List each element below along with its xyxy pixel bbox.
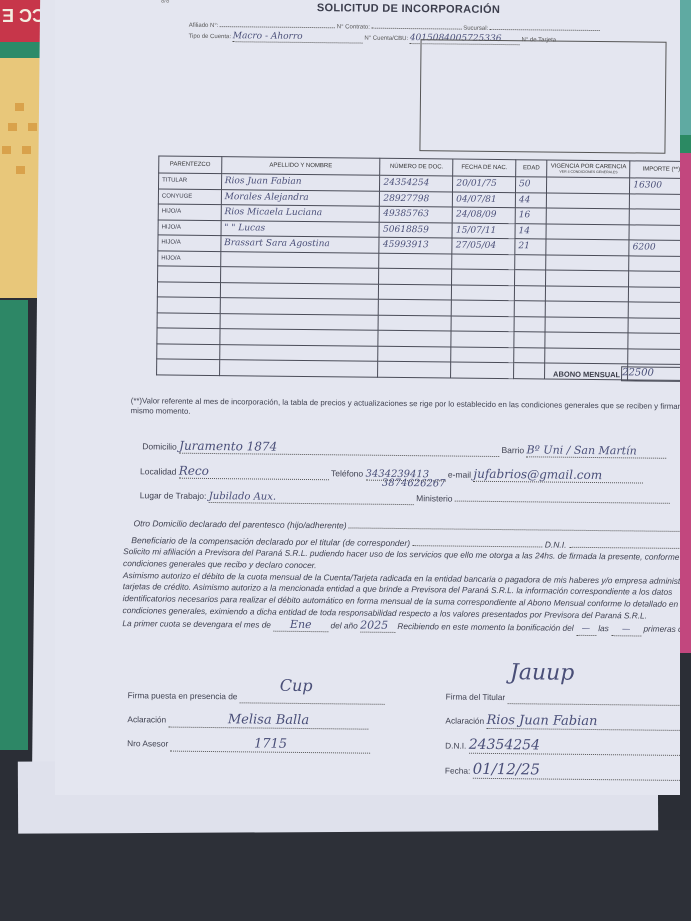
cell-vigencia[interactable] [545,317,628,333]
cell-nombre[interactable] [220,298,379,315]
cell-vigencia[interactable] [546,301,629,317]
cell-nac[interactable]: 20/01/75 [453,176,516,192]
cell-doc[interactable] [379,299,452,315]
cell-nac[interactable] [451,316,514,332]
document-sheet: 8/8 SOLICITUD DE INCORPORACIÓN Afiliado … [55,0,680,795]
cell-vigencia[interactable] [547,177,630,193]
cell-vigencia[interactable] [546,224,629,240]
cell-parentezco: CONYUGE [158,188,221,204]
cell-doc[interactable] [379,253,452,269]
cell-parentezco [157,281,220,297]
cell-nac[interactable]: 24/08/09 [452,207,515,223]
trabajo-label: Lugar de Trabajo: [140,490,207,501]
trabajo-field[interactable]: Jubilado Aux. [209,491,414,505]
presencia-row: Firma puesta en presencia de (firma) [128,688,385,705]
asesor-label: Nro Asesor [127,738,168,748]
cell-nombre[interactable] [220,251,379,268]
col-nombre: APELLIDO Y NOMBRE [221,157,380,176]
titular-signature-mark: Jauup [510,660,575,686]
cell-edad[interactable] [514,363,546,379]
cell-parentezco: HIJO/A [158,235,221,251]
beneficiario-dni-label: D.N.I. [545,540,567,550]
cell-nombre[interactable]: Rios Micaela Luciana [221,205,380,222]
beneficiario-dni-field[interactable] [569,547,679,549]
bonificacion-label: Recibiendo en este momento la bonificaci… [397,621,573,633]
cell-nac[interactable]: 04/07/81 [453,192,516,208]
members-table: PARENTEZCO APELLIDO Y NOMBRE NÚMERO DE D… [156,155,691,380]
vigencia-subtitle: VER 4 CONDICIONES GENERALES [551,170,627,175]
aclaracion-row: Aclaración Melisa Balla [127,711,368,730]
cell-nac[interactable] [451,300,514,316]
email-label: e-mail [448,469,471,479]
background-poster-green [0,300,28,750]
form-page: 8/8 SOLICITUD DE INCORPORACIÓN Afiliado … [109,0,691,794]
photo-box [419,39,666,154]
email-field[interactable]: jufabrios@gmail.com [473,467,643,484]
sucursal-label: Sucursal: [463,26,488,32]
otro-domicilio-label: Otro Domicilio declarado del parentesco … [133,518,346,530]
cell-nombre[interactable]: Rios Juan Fabian [221,174,380,191]
cell-edad[interactable]: 44 [515,192,547,208]
cell-edad[interactable] [514,347,546,363]
footnote: (**)Valor referente al mes de incorporac… [131,396,691,422]
cell-nombre[interactable] [220,329,379,346]
cell-vigencia[interactable] [547,208,630,224]
cell-vigencia[interactable] [546,286,629,302]
cell-vigencia[interactable] [547,193,630,209]
cell-nac[interactable] [452,269,515,285]
presencia-label: Firma puesta en presencia de [128,690,238,701]
fecha-row: Fecha: 01/12/25 [445,759,688,781]
cell-edad[interactable] [514,285,546,301]
asesor-field[interactable]: 1715 [170,736,370,754]
cell-edad[interactable] [514,301,546,317]
domicilio-row: Domicilio Juramento 1874 Barrio Bº Uni /… [142,438,666,458]
page-number: 8/8 [161,0,169,5]
cuotas-count-field[interactable]: — [611,623,641,636]
barrio-label: Barrio [501,445,524,455]
cell-nombre[interactable] [220,313,379,330]
cell-parentezco: HIJO/A [158,219,221,235]
cell-edad[interactable] [514,316,546,332]
cell-parentezco [158,266,221,282]
cell-nac[interactable]: 15/07/11 [452,223,515,239]
cell-edad[interactable]: 16 [515,208,547,224]
cell-nombre[interactable]: Brassart Sara Agostina [221,236,380,253]
cell-doc[interactable]: 28927798 [380,191,453,207]
cell-parentezco: HIJO/A [158,250,221,266]
otro-domicilio-field[interactable] [349,527,684,532]
col-parentezco: PARENTEZCO [159,156,222,174]
terms-paragraph: Solicito mi afiliación a Previsora del P… [122,546,691,637]
cell-nac[interactable] [451,362,514,378]
col-edad: EDAD [516,160,548,177]
cell-parentezco [157,359,220,375]
col-vigencia: VIGENCIA POR CARENCIAVER 4 CONDICIONES G… [547,160,630,178]
cell-edad[interactable] [514,332,546,348]
domicilio-field[interactable]: Juramento 1874 [179,439,499,457]
aclaracion-titular-label: Aclaración [445,715,484,725]
cell-nombre[interactable]: " " Lucas [221,220,380,237]
presencia-signature-mark: Cup [280,676,313,695]
cell-nombre[interactable]: Morales Alejandra [221,189,380,206]
col-doc: NÚMERO DE DOC. [380,158,453,176]
cell-edad[interactable]: 50 [515,177,547,193]
domicilio-label: Domicilio [142,441,177,451]
tipo-cuenta-label: Tipo de Cuenta: [189,34,232,40]
cell-nac[interactable] [451,347,514,363]
cbu-label: N° Cuenta/CBU: [364,36,408,42]
cell-parentezco: HIJO/A [158,204,221,220]
cell-nac[interactable] [451,331,514,347]
localidad-field[interactable]: Reco [179,464,329,481]
cuota-anio-field[interactable]: 2025 [360,619,395,632]
fecha-field[interactable]: 01/12/25 [473,760,688,781]
abono-label: ABONO MENSUAL [553,370,620,380]
cell-vigencia[interactable] [546,270,629,286]
dni-titular-field[interactable]: 24354254 [469,737,691,756]
cell-vigencia[interactable] [545,332,628,348]
cell-doc[interactable]: 49385763 [380,206,453,222]
las-label: las [598,623,609,633]
cell-doc[interactable] [379,315,452,331]
cell-edad[interactable] [515,254,547,270]
trabajo-row: Lugar de Trabajo: Jubilado Aux. Minister… [140,490,670,508]
fecha-label: Fecha: [445,765,470,775]
aclaracion-field[interactable]: Melisa Balla [168,712,368,730]
col-nacimiento: FECHA DE NAC. [453,159,516,177]
titular-signature-label: Firma del Titular [446,691,506,702]
telefono-label: Teléfono [331,468,363,478]
cell-doc[interactable]: 50618859 [379,222,452,238]
cell-doc[interactable]: 24354254 [380,175,453,191]
cell-parentezco [157,343,220,359]
cuota-anio-label: del año [331,620,358,630]
cell-vigencia[interactable] [546,255,629,271]
contrato-label: N° Contrato: [337,24,370,30]
cell-nac[interactable] [452,285,515,301]
cell-parentezco: TITULAR [159,173,222,189]
cell-doc[interactable] [378,346,451,362]
bonificacion-field[interactable]: — [576,623,596,636]
cell-edad[interactable]: 14 [515,223,547,239]
cell-vigencia[interactable] [545,348,628,364]
aclaracion-titular-field[interactable]: Rios Juan Fabian [486,713,686,731]
cell-doc[interactable] [378,361,451,377]
dni-titular-label: D.N.I. [445,740,466,750]
cell-nac[interactable] [452,254,515,270]
tipo-cuenta-field[interactable]: Macro - Ahorro [233,31,363,43]
otro-domicilio-row: Otro Domicilio declarado del parentesco … [133,518,684,534]
ministerio-field[interactable] [455,501,670,504]
asesor-row: Nro Asesor 1715 [127,735,371,754]
cell-doc[interactable] [379,284,452,300]
cell-nombre[interactable] [219,360,378,377]
form-title: SOLICITUD DE INCORPORACIÓN [317,2,500,16]
barrio-field[interactable]: Bº Uni / San Martín [527,443,667,458]
cell-vigencia[interactable] [546,239,629,255]
ministerio-label: Ministerio [416,493,452,503]
titular-signature-row: Firma del Titular (firma) [446,689,691,706]
cell-doc[interactable] [378,330,451,346]
cell-nac[interactable]: 27/05/04 [452,238,515,254]
aclaracion-titular-row: Aclaración Rios Juan Fabian [445,712,686,731]
abono-field[interactable]: 22500 [621,366,683,382]
beneficiario-field[interactable] [412,545,542,547]
cell-nombre[interactable] [220,282,379,299]
cuota-mes-field[interactable]: Ene [273,618,328,631]
terms-debit-authorization: Asimismo autorizo el débito de la cuota … [123,570,691,623]
cell-nombre[interactable] [219,344,378,361]
cell-nombre[interactable] [220,267,379,284]
afiliado-label: Afiliado N°: [189,23,219,29]
cell-edad[interactable] [515,270,547,286]
aclaracion-label: Aclaración [127,714,166,724]
titular-signature-field[interactable]: (firma) [507,690,691,706]
cell-edad[interactable]: 21 [515,239,547,255]
cell-parentezco [157,312,220,328]
telefono-secondary[interactable]: 3874626267 [382,478,446,490]
cell-doc[interactable] [379,268,452,284]
desk-surface [0,830,691,921]
cell-parentezco [157,328,220,344]
poster-text: CC E [2,4,45,25]
cuota-label: La primer cuota se devengara el mes de [122,618,271,630]
dni-titular-row: D.N.I. 24354254 [445,736,691,756]
cell-parentezco [157,297,220,313]
localidad-label: Localidad [140,466,176,476]
cell-doc[interactable]: 45993913 [379,237,452,253]
